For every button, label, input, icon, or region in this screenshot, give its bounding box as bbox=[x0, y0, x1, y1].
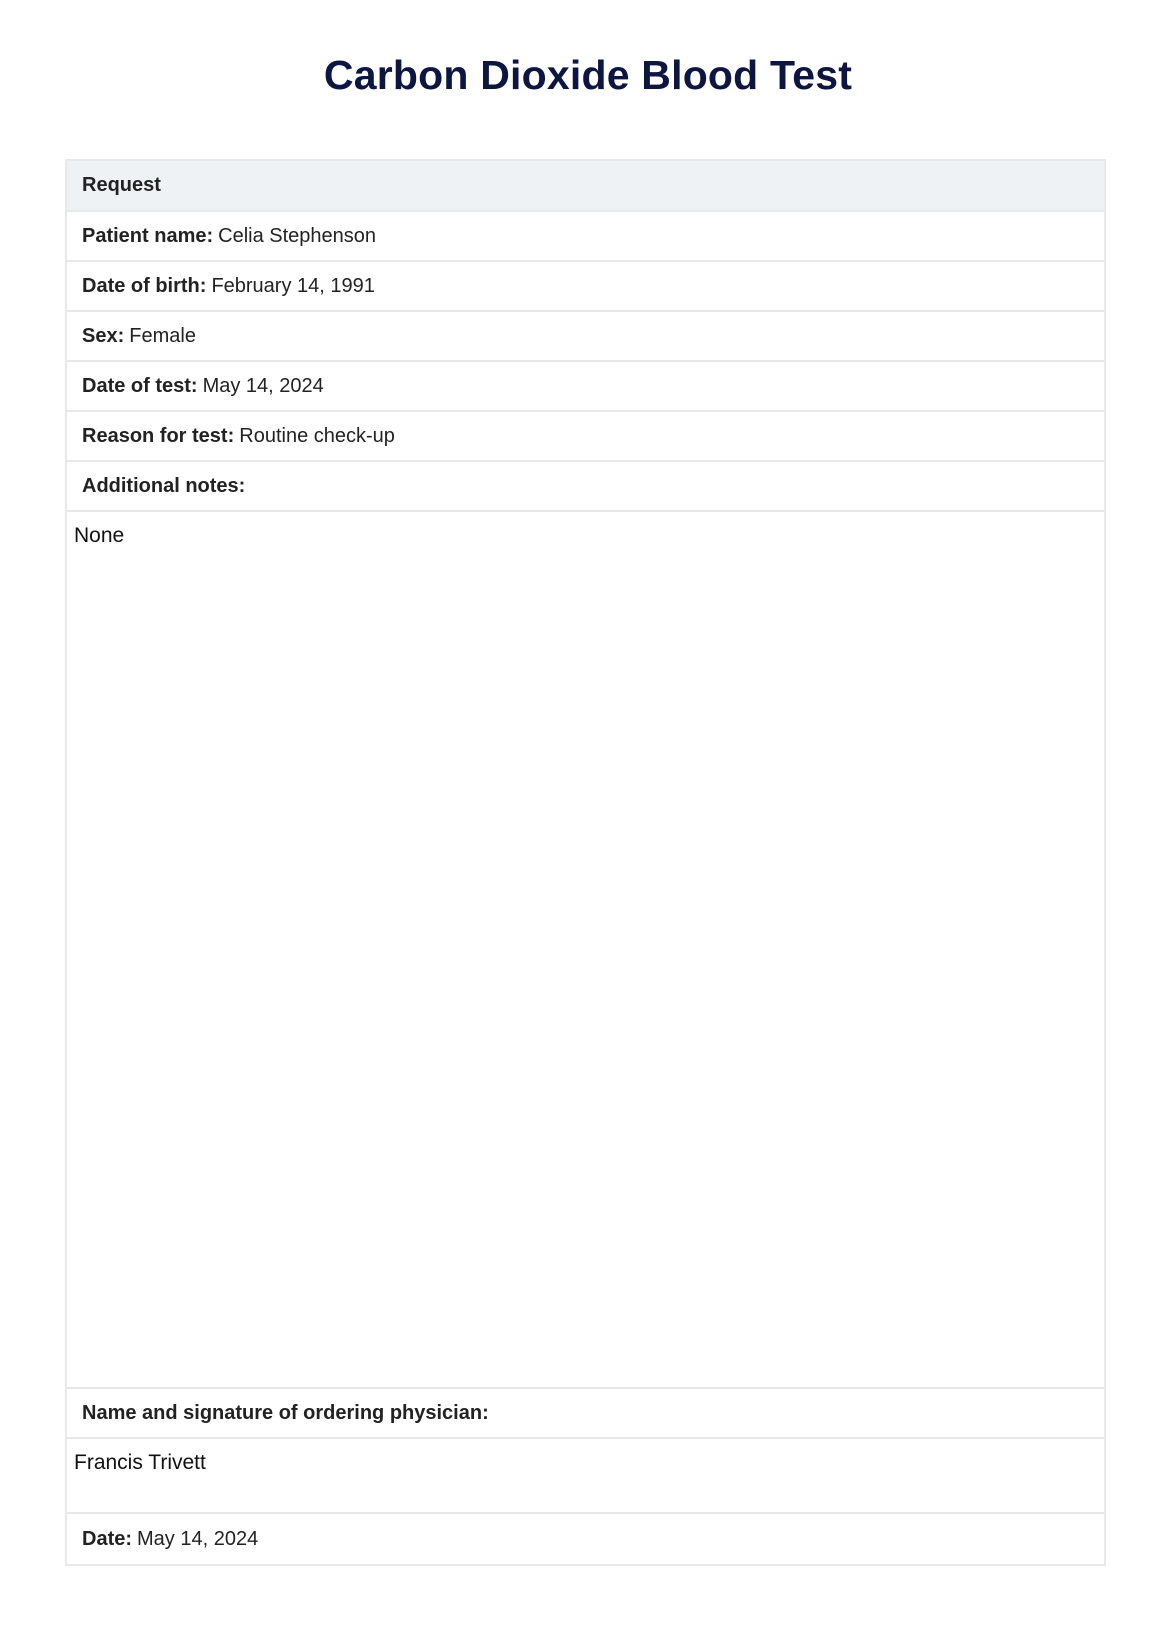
additional-notes-label: Additional notes: bbox=[82, 475, 245, 498]
field-value[interactable]: May 14, 2024 bbox=[203, 375, 324, 398]
field-value[interactable]: Female bbox=[129, 325, 196, 348]
field-value[interactable]: February 14, 1991 bbox=[211, 275, 374, 298]
field-label: Patient name: bbox=[82, 225, 213, 248]
request-form: Request Patient name: Celia Stephenson D… bbox=[65, 159, 1106, 1566]
section-header-request: Request bbox=[67, 161, 1104, 212]
physician-label: Name and signature of ordering physician… bbox=[82, 1402, 489, 1425]
field-value[interactable]: Celia Stephenson bbox=[218, 225, 376, 248]
field-label: Date of test: bbox=[82, 375, 198, 398]
date-label: Date: bbox=[82, 1528, 132, 1551]
physician-label-row: Name and signature of ordering physician… bbox=[67, 1389, 1104, 1439]
field-label: Sex: bbox=[82, 325, 124, 348]
physician-signature-field[interactable]: Francis Trivett bbox=[67, 1439, 1104, 1514]
field-patient-name: Patient name: Celia Stephenson bbox=[67, 212, 1104, 262]
additional-notes-value: None bbox=[74, 524, 124, 547]
field-value[interactable]: Routine check-up bbox=[239, 425, 395, 448]
additional-notes-field[interactable]: None bbox=[67, 512, 1104, 1389]
field-date-of-test: Date of test: May 14, 2024 bbox=[67, 362, 1104, 412]
field-sex: Sex: Female bbox=[67, 312, 1104, 362]
field-label: Reason for test: bbox=[82, 425, 234, 448]
physician-name-value: Francis Trivett bbox=[74, 1451, 206, 1474]
field-date-of-birth: Date of birth: February 14, 1991 bbox=[67, 262, 1104, 312]
section-header-label: Request bbox=[82, 174, 161, 197]
field-date: Date: May 14, 2024 bbox=[67, 1514, 1104, 1564]
document-title: Carbon Dioxide Blood Test bbox=[0, 52, 1176, 99]
field-label: Date of birth: bbox=[82, 275, 206, 298]
field-reason-for-test: Reason for test: Routine check-up bbox=[67, 412, 1104, 462]
additional-notes-label-row: Additional notes: bbox=[67, 462, 1104, 512]
date-value[interactable]: May 14, 2024 bbox=[137, 1528, 258, 1551]
